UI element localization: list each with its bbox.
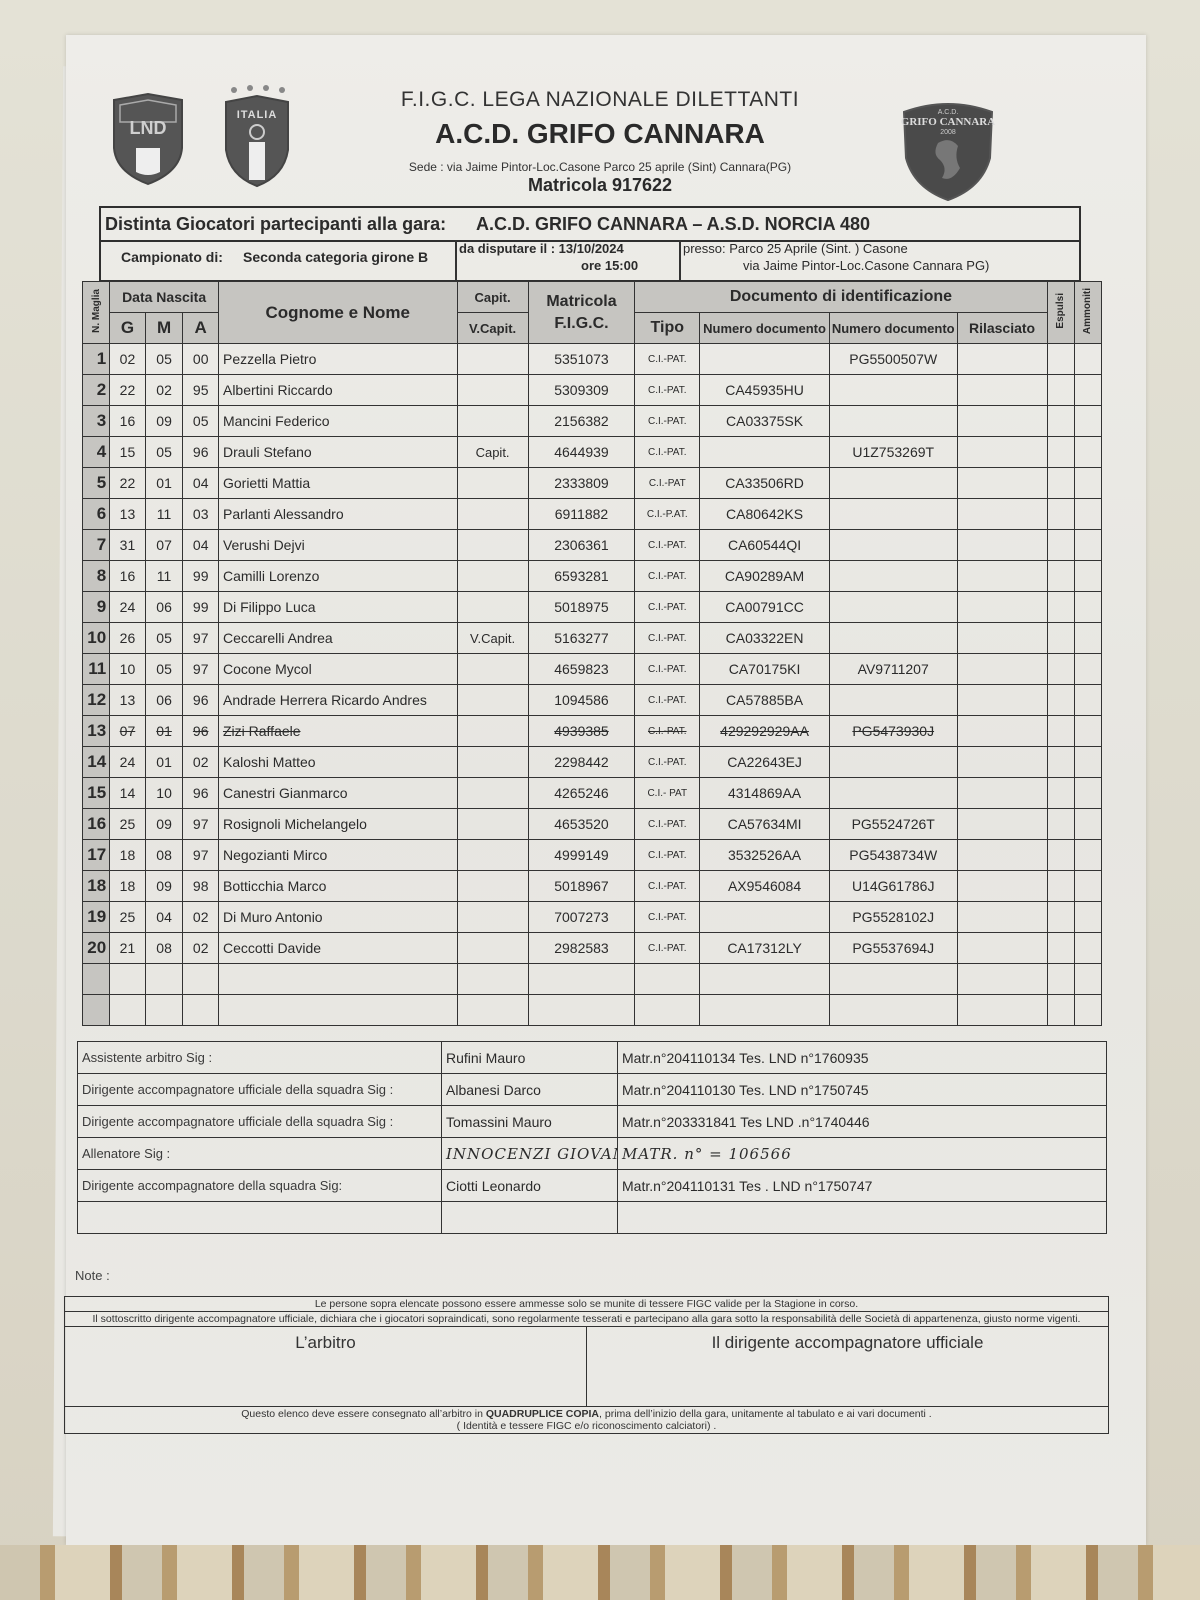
- document-type: C.I.-PAT.: [635, 747, 700, 778]
- player-name: Ceccarelli Andrea: [218, 623, 457, 654]
- booked-cell: [1074, 871, 1101, 902]
- declaration-line-1: Le persone sopra elencate possono essere…: [65, 1297, 1109, 1312]
- issued-by: [957, 437, 1047, 468]
- captain-role: [457, 933, 528, 964]
- figc-matricola: 2306361: [528, 530, 635, 561]
- expelled-cell: [1047, 437, 1074, 468]
- captain-role: [457, 375, 528, 406]
- player-name: Zizi Raffaele: [218, 716, 457, 747]
- staff-row: Assistente arbitro Sig : Rufini Mauro Ma…: [78, 1042, 1107, 1074]
- captain-role: V.Capit.: [457, 623, 528, 654]
- birth-day: 24: [110, 747, 146, 778]
- document-number-2: [829, 592, 957, 623]
- expelled-cell: [1047, 499, 1074, 530]
- document-type: C.I.-PAT.: [635, 344, 700, 375]
- document-type: C.I.-PAT: [635, 468, 700, 499]
- booked-cell: [1074, 995, 1101, 1026]
- booked-cell: [1074, 499, 1101, 530]
- issued-by: [957, 933, 1047, 964]
- header-giorno: G: [110, 313, 146, 344]
- birth-year: [183, 964, 219, 995]
- shirt-number: 12: [83, 685, 110, 716]
- expelled-cell: [1047, 809, 1074, 840]
- birth-month: 09: [145, 871, 183, 902]
- issued-by: [957, 623, 1047, 654]
- birth-day: 02: [110, 344, 146, 375]
- expelled-cell: [1047, 716, 1074, 747]
- birth-day: 31: [110, 530, 146, 561]
- referee-signature-label: L’arbitro: [295, 1333, 355, 1352]
- birth-month: 09: [145, 406, 183, 437]
- player-row: 6 13 11 03 Parlanti Alessandro 6911882 C…: [83, 499, 1102, 530]
- birth-day: 22: [110, 375, 146, 406]
- booked-cell: [1074, 561, 1101, 592]
- captain-role: [457, 840, 528, 871]
- player-name: Mancini Federico: [218, 406, 457, 437]
- expelled-cell: [1047, 933, 1074, 964]
- floor-background: [0, 1545, 1200, 1600]
- shirt-number: 4: [83, 437, 110, 468]
- figc-matricola: 2156382: [528, 406, 635, 437]
- birth-day: 10: [110, 654, 146, 685]
- manager-signature-box[interactable]: Il dirigente accompagnatore ufficiale: [587, 1327, 1109, 1407]
- expelled-cell: [1047, 592, 1074, 623]
- player-name: Camilli Lorenzo: [218, 561, 457, 592]
- figc-matricola: 5309309: [528, 375, 635, 406]
- birth-month: 01: [145, 716, 183, 747]
- document-number-2: PG5438734W: [829, 840, 957, 871]
- figc-matricola: 7007273: [528, 902, 635, 933]
- document-number-2: PG5524726T: [829, 809, 957, 840]
- player-row: 11 10 05 97 Cocone Mycol 4659823 C.I.-PA…: [83, 654, 1102, 685]
- match-label: Distinta Giocatori partecipanti alla gar…: [105, 214, 446, 235]
- document-type: C.I.-PAT.: [635, 561, 700, 592]
- shirt-number: 9: [83, 592, 110, 623]
- booked-cell: [1074, 468, 1101, 499]
- document-type: C.I.-PAT.: [635, 530, 700, 561]
- document-number-2: [829, 747, 957, 778]
- expelled-cell: [1047, 964, 1074, 995]
- captain-role: [457, 716, 528, 747]
- birth-day: 15: [110, 437, 146, 468]
- birth-month: 05: [145, 654, 183, 685]
- player-row: 4 15 05 96 Drauli Stefano Capit. 4644939…: [83, 437, 1102, 468]
- document-number-1: [700, 344, 830, 375]
- birth-day: 16: [110, 406, 146, 437]
- document-number-1: CA33506RD: [700, 468, 830, 499]
- birth-month: 10: [145, 778, 183, 809]
- document-type: C.I.-PAT.: [635, 902, 700, 933]
- player-row: 20 21 08 02 Ceccotti Davide 2982583 C.I.…: [83, 933, 1102, 964]
- birth-year: 98: [183, 871, 219, 902]
- expelled-cell: [1047, 654, 1074, 685]
- player-row: 8 16 11 99 Camilli Lorenzo 6593281 C.I.-…: [83, 561, 1102, 592]
- issued-by: [957, 375, 1047, 406]
- document-number-2: PG5500507W: [829, 344, 957, 375]
- birth-year: 99: [183, 561, 219, 592]
- player-row: 7 31 07 04 Verushi Dejvi 2306361 C.I.-PA…: [83, 530, 1102, 561]
- birth-year: [183, 995, 219, 1026]
- captain-role: Capit.: [457, 437, 528, 468]
- issued-by: [957, 654, 1047, 685]
- document-type: C.I.-PAT.: [635, 623, 700, 654]
- issued-by: [957, 406, 1047, 437]
- birth-month: 08: [145, 840, 183, 871]
- booked-cell: [1074, 530, 1101, 561]
- booked-cell: [1074, 716, 1101, 747]
- issued-by: [957, 499, 1047, 530]
- document-number-1: AX9546084: [700, 871, 830, 902]
- header-n-maglia: N. Maglia: [83, 282, 110, 344]
- birth-month: 04: [145, 902, 183, 933]
- birth-year: 97: [183, 840, 219, 871]
- shirt-number: 8: [83, 561, 110, 592]
- shirt-number: 14: [83, 747, 110, 778]
- captain-role: [457, 685, 528, 716]
- document-number-2: PG5528102J: [829, 902, 957, 933]
- player-name: Drauli Stefano: [218, 437, 457, 468]
- document-number-2: U1Z753269T: [829, 437, 957, 468]
- shirt-number: 10: [83, 623, 110, 654]
- birth-year: 97: [183, 809, 219, 840]
- championship-value: Seconda categoria girone B: [243, 249, 428, 265]
- issued-by: [957, 778, 1047, 809]
- captain-role: [457, 654, 528, 685]
- birth-year: 96: [183, 437, 219, 468]
- shirt-number: 7: [83, 530, 110, 561]
- figc-matricola: 4265246: [528, 778, 635, 809]
- figc-matricola: 4644939: [528, 437, 635, 468]
- captain-role: [457, 809, 528, 840]
- issued-by: [957, 344, 1047, 375]
- shirt-number: 20: [83, 933, 110, 964]
- birth-month: 02: [145, 375, 183, 406]
- document-number-1: CA22643EJ: [700, 747, 830, 778]
- document-type: C.I.-PAT.: [635, 654, 700, 685]
- header-tipo: Tipo: [635, 313, 700, 344]
- footer-text-pre: Questo elenco deve essere consegnato all…: [241, 1408, 486, 1420]
- figc-matricola: 1094586: [528, 685, 635, 716]
- staff-name: Tomassini Mauro: [442, 1106, 618, 1138]
- staff-role: Dirigente accompagnatore ufficiale della…: [78, 1106, 442, 1138]
- shirt-number: [83, 964, 110, 995]
- birth-day: [110, 995, 146, 1026]
- staff-name: Albanesi Darco: [442, 1074, 618, 1106]
- birth-day: [110, 964, 146, 995]
- shirt-number: 6: [83, 499, 110, 530]
- figc-matricola: 4653520: [528, 809, 635, 840]
- footer-text-line2: ( Identità e tessere FIGC e/o riconoscim…: [457, 1420, 717, 1432]
- birth-month: 05: [145, 437, 183, 468]
- birth-day: 18: [110, 840, 146, 871]
- birth-year: 96: [183, 716, 219, 747]
- issued-by: [957, 685, 1047, 716]
- player-name: Di Muro Antonio: [218, 902, 457, 933]
- shirt-number: 18: [83, 871, 110, 902]
- document-number-1: [700, 902, 830, 933]
- expelled-cell: [1047, 561, 1074, 592]
- captain-role: [457, 747, 528, 778]
- expelled-cell: [1047, 871, 1074, 902]
- match-title-bar: Distinta Giocatori partecipanti alla gar…: [99, 206, 1081, 242]
- birth-day: 21: [110, 933, 146, 964]
- expelled-cell: [1047, 840, 1074, 871]
- booked-cell: [1074, 778, 1101, 809]
- birth-day: 14: [110, 778, 146, 809]
- player-name: Parlanti Alessandro: [218, 499, 457, 530]
- document-type: C.I.-PAT.: [635, 840, 700, 871]
- staff-role: Dirigente accompagnatore ufficiale della…: [78, 1074, 442, 1106]
- issued-by: [957, 530, 1047, 561]
- birth-year: 96: [183, 778, 219, 809]
- header-espulsi: Espulsi: [1047, 282, 1074, 344]
- birth-day: 26: [110, 623, 146, 654]
- document-number-1: CA70175KI: [700, 654, 830, 685]
- captain-role: [457, 344, 528, 375]
- document-type: C.I.-PAT.: [635, 933, 700, 964]
- birth-month: 11: [145, 561, 183, 592]
- player-row: [83, 995, 1102, 1026]
- match-info-row: Campionato di: Seconda categoria girone …: [99, 240, 1081, 282]
- match-venue-line1: presso: Parco 25 Aprile (Sint. ) Casone: [683, 241, 908, 256]
- booked-cell: [1074, 747, 1101, 778]
- footer-text-post: , prima dell’inizio della gara, unitamen…: [599, 1408, 932, 1420]
- player-row: 16 25 09 97 Rosignoli Michelangelo 46535…: [83, 809, 1102, 840]
- captain-role: [457, 499, 528, 530]
- declaration-line-2: Il sottoscritto dirigente accompagnatore…: [65, 1312, 1109, 1327]
- staff-role: Dirigente accompagnatore della squadra S…: [78, 1170, 442, 1202]
- document-type: C.I.-PAT.: [635, 809, 700, 840]
- player-name: Gorietti Mattia: [218, 468, 457, 499]
- figc-matricola: [528, 995, 635, 1026]
- shirt-number: 11: [83, 654, 110, 685]
- captain-role: [457, 995, 528, 1026]
- match-venue-line2: via Jaime Pintor-Loc.Casone Cannara PG): [743, 258, 989, 273]
- issued-by: [957, 747, 1047, 778]
- booked-cell: [1074, 964, 1101, 995]
- booked-cell: [1074, 685, 1101, 716]
- club-name: A.C.D. GRIFO CANNARA: [0, 118, 1200, 150]
- birth-month: 01: [145, 468, 183, 499]
- expelled-cell: [1047, 375, 1074, 406]
- player-name: Cocone Mycol: [218, 654, 457, 685]
- document-number-2: [829, 375, 957, 406]
- player-row: 9 24 06 99 Di Filippo Luca 5018975 C.I.-…: [83, 592, 1102, 623]
- figc-matricola: 4939385: [528, 716, 635, 747]
- header-capit: Capit.: [457, 282, 528, 313]
- header-numero-documento-1: Numero documento: [700, 313, 830, 344]
- header-ammoniti: Ammoniti: [1074, 282, 1101, 344]
- document-number-1: CA03322EN: [700, 623, 830, 654]
- document-number-2: U14G61786J: [829, 871, 957, 902]
- issued-by: [957, 561, 1047, 592]
- document-type: [635, 964, 700, 995]
- staff-role: Assistente arbitro Sig :: [78, 1042, 442, 1074]
- referee-signature-box[interactable]: L’arbitro: [65, 1327, 587, 1407]
- expelled-cell: [1047, 902, 1074, 933]
- player-row: 14 24 01 02 Kaloshi Matteo 2298442 C.I.-…: [83, 747, 1102, 778]
- shirt-number: 16: [83, 809, 110, 840]
- birth-day: 13: [110, 685, 146, 716]
- birth-day: 16: [110, 561, 146, 592]
- birth-month: 06: [145, 592, 183, 623]
- birth-day: 25: [110, 902, 146, 933]
- birth-day: 25: [110, 809, 146, 840]
- birth-month: 11: [145, 499, 183, 530]
- birth-year: 02: [183, 747, 219, 778]
- player-row: 17 18 08 97 Negozianti Mirco 4999149 C.I…: [83, 840, 1102, 871]
- figc-matricola: 6911882: [528, 499, 635, 530]
- staff-row: Dirigente accompagnatore ufficiale della…: [78, 1106, 1107, 1138]
- document-number-1: CA17312LY: [700, 933, 830, 964]
- issued-by: [957, 871, 1047, 902]
- player-row: 15 14 10 96 Canestri Gianmarco 4265246 C…: [83, 778, 1102, 809]
- birth-day: 24: [110, 592, 146, 623]
- player-row: 12 13 06 96 Andrade Herrera Ricardo Andr…: [83, 685, 1102, 716]
- footer-text-bold: QUADRUPLICE COPIA: [486, 1408, 599, 1420]
- birth-month: 05: [145, 623, 183, 654]
- match-teams: A.C.D. GRIFO CANNARA – A.S.D. NORCIA 480: [476, 214, 870, 235]
- document-number-1: CA45935HU: [700, 375, 830, 406]
- expelled-cell: [1047, 685, 1074, 716]
- birth-year: 96: [183, 685, 219, 716]
- player-row: 3 16 09 05 Mancini Federico 2156382 C.I.…: [83, 406, 1102, 437]
- declaration-table: Le persone sopra elencate possono essere…: [64, 1296, 1109, 1434]
- booked-cell: [1074, 933, 1101, 964]
- player-row: 10 26 05 97 Ceccarelli Andrea V.Capit. 5…: [83, 623, 1102, 654]
- player-name: [218, 995, 457, 1026]
- shirt-number: 13: [83, 716, 110, 747]
- figc-matricola: 2298442: [528, 747, 635, 778]
- shirt-number: 15: [83, 778, 110, 809]
- shirt-number: 1: [83, 344, 110, 375]
- staff-name: INNOCENZI GIOVANNI: [442, 1138, 618, 1170]
- header-documento: Documento di identificazione: [635, 282, 1047, 313]
- document-number-1: CA80642KS: [700, 499, 830, 530]
- document-number-1: CA60544QI: [700, 530, 830, 561]
- player-name: Canestri Gianmarco: [218, 778, 457, 809]
- issued-by: [957, 902, 1047, 933]
- birth-year: 02: [183, 933, 219, 964]
- birth-month: 05: [145, 344, 183, 375]
- header-data-nascita: Data Nascita: [110, 282, 219, 313]
- match-date: da disputare il : 13/10/2024: [459, 241, 624, 256]
- captain-role: [457, 592, 528, 623]
- birth-day: 22: [110, 468, 146, 499]
- shirt-number: 17: [83, 840, 110, 871]
- booked-cell: [1074, 344, 1101, 375]
- staff-table: Assistente arbitro Sig : Rufini Mauro Ma…: [77, 1041, 1107, 1234]
- header-anno: A: [183, 313, 219, 344]
- document-number-1: 3532526AA: [700, 840, 830, 871]
- staff-name: [442, 1202, 618, 1234]
- birth-month: [145, 964, 183, 995]
- document-number-2: [829, 406, 957, 437]
- header-matricola: Matricola F.I.G.C.: [528, 282, 635, 344]
- captain-role: [457, 902, 528, 933]
- document-number-1: [700, 964, 830, 995]
- captain-role: [457, 778, 528, 809]
- birth-day: 18: [110, 871, 146, 902]
- player-name: [218, 964, 457, 995]
- document-number-1: CA00791CC: [700, 592, 830, 623]
- document-number-2: [829, 778, 957, 809]
- player-row: 18 18 09 98 Botticchia Marco 5018967 C.I…: [83, 871, 1102, 902]
- birth-month: 07: [145, 530, 183, 561]
- document-type: C.I.-PAT.: [635, 716, 700, 747]
- staff-row: [78, 1202, 1107, 1234]
- player-name: Pezzella Pietro: [218, 344, 457, 375]
- booked-cell: [1074, 375, 1101, 406]
- figc-matricola: 5018975: [528, 592, 635, 623]
- document-number-2: [829, 468, 957, 499]
- issued-by: [957, 809, 1047, 840]
- document-number-1: CA90289AM: [700, 561, 830, 592]
- figc-matricola: 2982583: [528, 933, 635, 964]
- notes-label: Note :: [75, 1268, 110, 1283]
- birth-month: 06: [145, 685, 183, 716]
- staff-details: Matr.n°203331841 Tes LND .n°1740446: [618, 1106, 1107, 1138]
- player-name: Rosignoli Michelangelo: [218, 809, 457, 840]
- staff-name: Rufini Mauro: [442, 1042, 618, 1074]
- birth-year: 97: [183, 623, 219, 654]
- issued-by: [957, 592, 1047, 623]
- booked-cell: [1074, 840, 1101, 871]
- player-name: Andrade Herrera Ricardo Andres: [218, 685, 457, 716]
- captain-role: [457, 530, 528, 561]
- document-number-2: PG5537694J: [829, 933, 957, 964]
- figc-matricola: 5351073: [528, 344, 635, 375]
- captain-role: [457, 964, 528, 995]
- document-number-1: 4314869AA: [700, 778, 830, 809]
- figc-matricola: 5163277: [528, 623, 635, 654]
- birth-year: 95: [183, 375, 219, 406]
- document-number-1: 429292929AA: [700, 716, 830, 747]
- expelled-cell: [1047, 344, 1074, 375]
- staff-details: [618, 1202, 1107, 1234]
- figc-matricola: [528, 964, 635, 995]
- header-vcapit: V.Capit.: [457, 313, 528, 344]
- birth-month: 08: [145, 933, 183, 964]
- player-name: Di Filippo Luca: [218, 592, 457, 623]
- expelled-cell: [1047, 747, 1074, 778]
- document-number-1: CA57634MI: [700, 809, 830, 840]
- shirt-number: 2: [83, 375, 110, 406]
- staff-role: Allenatore Sig :: [78, 1138, 442, 1170]
- shirt-number: 5: [83, 468, 110, 499]
- issued-by: [957, 716, 1047, 747]
- figc-matricola: 2333809: [528, 468, 635, 499]
- player-row: 13 07 01 96 Zizi Raffaele 4939385 C.I.-P…: [83, 716, 1102, 747]
- staff-row: Allenatore Sig : INNOCENZI GIOVANNI MATR…: [78, 1138, 1107, 1170]
- club-matricola: Matricola 917622: [0, 175, 1200, 196]
- shirt-number: 3: [83, 406, 110, 437]
- document-type: C.I.-P.AT.: [635, 499, 700, 530]
- birth-year: 04: [183, 468, 219, 499]
- issued-by: [957, 468, 1047, 499]
- issued-by: [957, 964, 1047, 995]
- booked-cell: [1074, 592, 1101, 623]
- birth-month: [145, 995, 183, 1026]
- player-name: Botticchia Marco: [218, 871, 457, 902]
- birth-year: 00: [183, 344, 219, 375]
- document-number-2: [829, 964, 957, 995]
- shirt-number: 19: [83, 902, 110, 933]
- birth-year: 04: [183, 530, 219, 561]
- manager-signature-label: Il dirigente accompagnatore ufficiale: [712, 1333, 984, 1352]
- birth-month: 09: [145, 809, 183, 840]
- club-address: Sede : via Jaime Pintor-Loc.Casone Parco…: [0, 160, 1200, 174]
